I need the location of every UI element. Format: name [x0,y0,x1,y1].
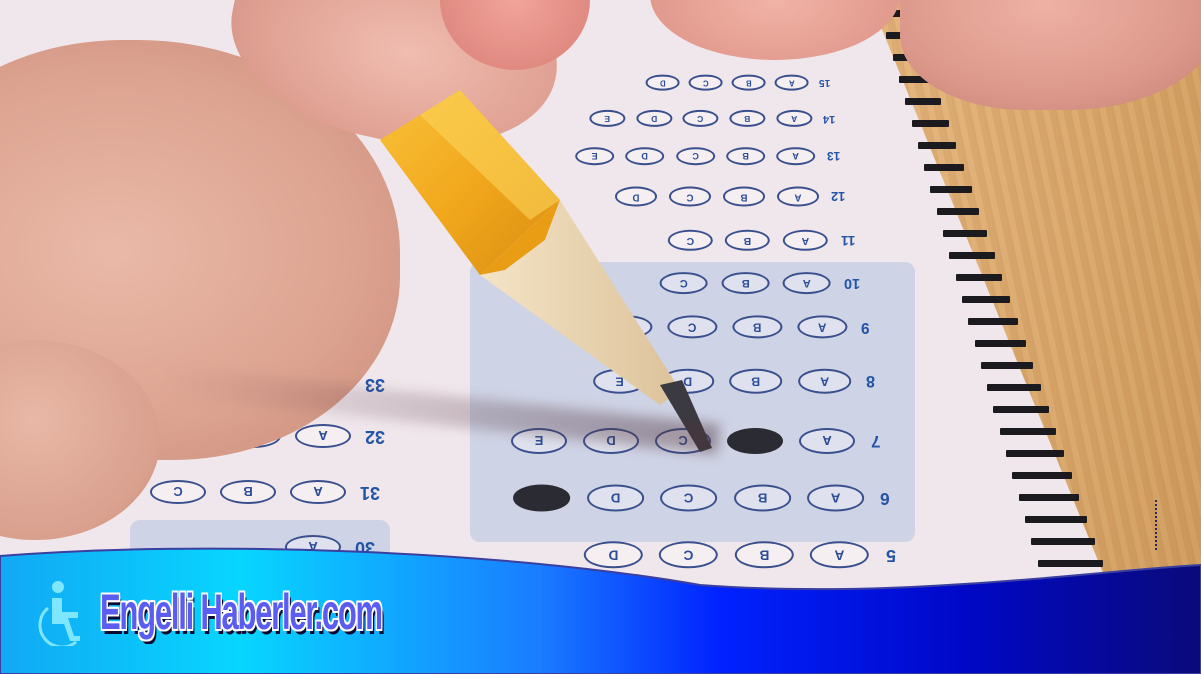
site-logo-text[interactable]: Engelli Haberler.com [100,583,382,641]
wheelchair-icon [36,580,92,646]
photo-scene: 15ABCD14ABCDE13ABCDE12ABCD11ABC10ABC9ABC… [0,0,1201,674]
